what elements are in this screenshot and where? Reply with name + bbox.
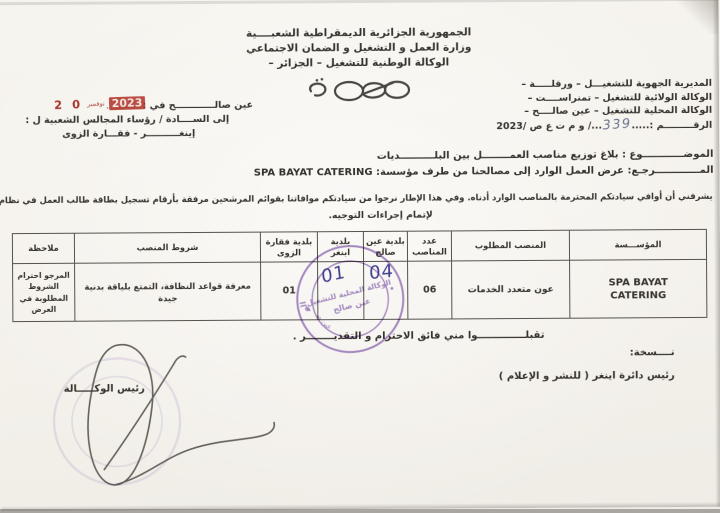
agency-logo-icon <box>297 73 421 108</box>
handwritten-signature <box>16 336 287 508</box>
reference-text: عرض العمل الوارد إلى مصالحنا من طرف مؤسس… <box>376 165 624 178</box>
col-count: عدد المناصب <box>407 231 451 261</box>
reference-line: المـــــــــــــرجـع: عرض العمل الوارد إ… <box>254 163 714 182</box>
scan-edge-top <box>0 0 718 5</box>
regional-directorate: المديرية الجهوية للتشغيـــل – ورقلـــــة… <box>496 77 712 92</box>
scan-corner-fold <box>676 0 718 34</box>
date-stamp: 0 2 نوفمبر 2023 <box>54 95 146 112</box>
reference-label: المـــــــــــــرجـع: <box>627 165 713 177</box>
date-stamp-day: 0 2 <box>54 97 83 112</box>
national-header: الجمهورية الجزائرية الديمقراطية الشعبـــ… <box>181 25 537 72</box>
communes-line: إينغــــــــــر - فقـــارة الزوى <box>0 127 253 143</box>
reference-number-label: الرقـــــــــم :..... <box>631 119 712 130</box>
reference-number-line: الرقـــــــــم :.....339.../ و م ت ع ص /… <box>496 117 712 133</box>
copy-recipient: رئيس دائرة اينغر ( للنشر و الإعلام ) <box>499 370 675 382</box>
document-content: الجمهورية الجزائرية الديمقراطية الشعبـــ… <box>0 0 720 509</box>
copy-label: نــــسخة: <box>630 347 675 358</box>
col-position: المنصب المطلوب <box>451 230 569 261</box>
scanned-document: الجمهورية الجزائرية الديمقراطية الشعبـــ… <box>0 0 720 509</box>
col-note: ملاحظة <box>12 233 74 263</box>
cell-note: المرجو احترام الشروط المطلوبة في العرض <box>13 263 75 321</box>
regional-header: المديرية الجهوية للتشغيـــل – ورقلـــــة… <box>496 77 712 133</box>
date-stamp-month: نوفمبر <box>87 99 105 108</box>
reference-number-suffix: .../ و م ت ع ص /2023 <box>496 120 602 132</box>
cell-position: عون متعدد الخدمات <box>452 260 570 319</box>
svg-text:عين صالح: عين صالح <box>281 244 335 339</box>
stamp-arc-bottom-text: عين صالح <box>281 244 335 339</box>
col-conditions: شروط المنصب <box>74 232 260 263</box>
body-paragraph-line1: يشرفني أن أوافي سيادتكم المحترمة بالمناص… <box>35 192 713 206</box>
subject-reference-block: الموضــــــــــــوع : بلاغ توزيع مناصب ا… <box>254 147 714 182</box>
addressee-line: إلى الســــادة / رؤساء المجالس الشعبية ل… <box>0 113 253 129</box>
cell-company: SPA BAYAT CATERING <box>570 259 707 318</box>
company-name: SPA BAYAT CATERING <box>254 167 373 179</box>
cell-count: 06 <box>408 261 452 319</box>
subject-label: الموضــــــــــــوع : <box>622 149 713 161</box>
handwritten-reference-number: 339 <box>601 117 632 133</box>
signer-title: رئيس الوكـــــالة <box>64 383 145 394</box>
cell-conditions: معرفة قواعد النظافة، التمتع بلياقة بدنية… <box>75 262 261 321</box>
handwritten-ain-salah-count: 04 <box>369 261 394 284</box>
local-agency: الوكالة المحلية للتشغيل – عين صالــــح – <box>496 104 712 119</box>
agency-title: الوكالة الوطنية للتشغيل – الجزائر – <box>181 55 537 72</box>
date-stamp-year: 2023 <box>108 96 145 110</box>
wilaya-agency: الوكالة الولائية للتشغيل – تمنراســــت – <box>496 90 712 105</box>
body-paragraph-line2: لإتمام إجراءات التوجيه. <box>328 210 432 222</box>
scan-edge-right <box>712 0 720 507</box>
col-company: المؤســـسة <box>569 229 706 260</box>
subject-text: بلاغ توزيع مناصب العمــــــــل بين البلـ… <box>377 149 619 161</box>
